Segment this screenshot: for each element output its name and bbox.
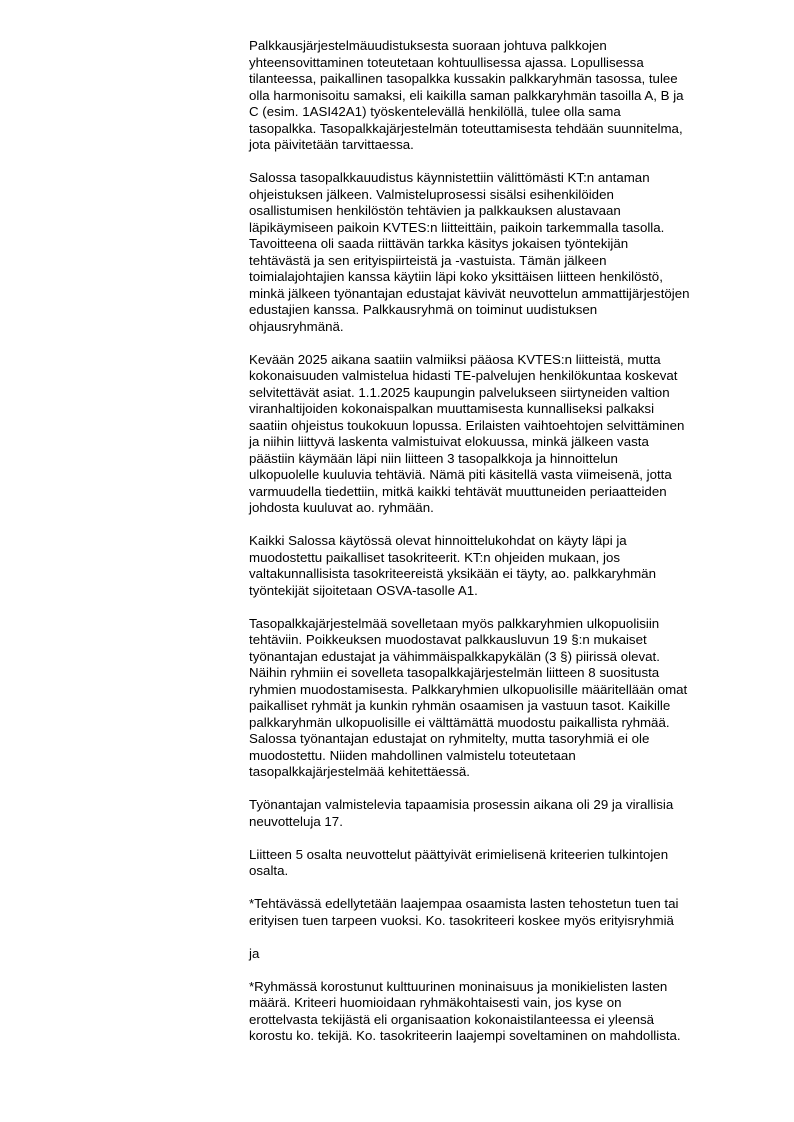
text-line: tilanteessa, paikallinen tasopalkka kuss… — [249, 71, 769, 88]
paragraph-liite5: Liitteen 5 osalta neuvottelut päättyivät… — [249, 847, 769, 880]
text-line: Salossa työnantajan edustajat on ryhmite… — [249, 731, 769, 748]
text-line: ohjausryhmänä. — [249, 319, 769, 336]
text-line: Tavoitteena oli saada riittävän tarkka k… — [249, 236, 769, 253]
text-line: yhteensovittaminen toteutetaan kohtuulli… — [249, 55, 769, 72]
text-line: minkä jälkeen työnantajan edustajat kävi… — [249, 286, 769, 303]
text-line: kokonaisuuden valmistelua hidasti TE-pal… — [249, 368, 769, 385]
text-line: Kevään 2025 aikana saatiin valmiiksi pää… — [249, 352, 769, 369]
text-line: edustajien kanssa. Palkkausryhmä on toim… — [249, 302, 769, 319]
paragraph-tapaamiset: Työnantajan valmistelevia tapaamisia pro… — [249, 797, 769, 830]
text-line: Palkkausjärjestelmäuudistuksesta suoraan… — [249, 38, 769, 55]
text-line: ulkopuolelle kuuluvia tehtäviä. Nämä pit… — [249, 467, 769, 484]
text-line: määrä. Kriteeri huomioidaan ryhmäkohtais… — [249, 995, 769, 1012]
text-line: Tasopalkkajärjestelmää sovelletaan myös … — [249, 616, 769, 633]
text-line: paikalliset ryhmät ja kunkin ryhmän osaa… — [249, 698, 769, 715]
text-line: C (esim. 1ASI42A1) työskentelevällä henk… — [249, 104, 769, 121]
text-line: tehtäviin. Poikkeuksen muodostavat palkk… — [249, 632, 769, 649]
text-line: päästiin käymään läpi niin liitteen 3 ta… — [249, 451, 769, 468]
text-line: ryhmien muodostamisesta. Palkkaryhmien u… — [249, 682, 769, 699]
paragraph-ja: ja — [249, 946, 769, 963]
paragraph-kriteeri-monikielisyys: *Ryhmässä korostunut kulttuurinen monina… — [249, 979, 769, 1045]
text-line: työntekijät sijoitetaan OSVA-tasolle A1. — [249, 583, 769, 600]
text-line: Työnantajan valmistelevia tapaamisia pro… — [249, 797, 769, 814]
text-line: työnantajan edustajat ja vähimmäispalkka… — [249, 649, 769, 666]
text-line: muodostettu paikalliset tasokriteerit. K… — [249, 550, 769, 567]
paragraph-hinnoittelukohdat: Kaikki Salossa käytössä olevat hinnoitte… — [249, 533, 769, 599]
text-line: tasopalkka. Tasopalkkajärjestelmän toteu… — [249, 121, 769, 138]
text-line: palkkaryhmän ulkopuolisille ei välttämät… — [249, 715, 769, 732]
text-line: neuvotteluja 17. — [249, 814, 769, 831]
text-line: tehtävästä ja sen erityispiirteistä ja -… — [249, 253, 769, 270]
text-line: *Tehtävässä edellytetään laajempaa osaam… — [249, 896, 769, 913]
text-line: Näihin ryhmiin ei sovelleta tasopalkkajä… — [249, 665, 769, 682]
text-line: muodostettu. Niiden mahdollinen valmiste… — [249, 748, 769, 765]
text-line: saatiin ohjeistus toukokuun lopussa. Eri… — [249, 418, 769, 435]
paragraph-harmonisointi: Palkkausjärjestelmäuudistuksesta suoraan… — [249, 38, 769, 154]
text-line: jota päivitetään tarvittaessa. — [249, 137, 769, 154]
text-line: *Ryhmässä korostunut kulttuurinen monina… — [249, 979, 769, 996]
text-line: ja — [249, 946, 769, 963]
text-line: tasopalkkajärjestelmää kehitettäessä. — [249, 764, 769, 781]
text-line: erottelvasta tekijästä eli organisaation… — [249, 1012, 769, 1029]
text-line: Salossa tasopalkkauudistus käynnistettii… — [249, 170, 769, 187]
text-line: Kaikki Salossa käytössä olevat hinnoitte… — [249, 533, 769, 550]
text-line: valtakunnallisista tasokriteereistä yksi… — [249, 566, 769, 583]
text-line: ja niihin liittyvä laskenta valmistuivat… — [249, 434, 769, 451]
paragraph-kriteeri-tuki: *Tehtävässä edellytetään laajempaa osaam… — [249, 896, 769, 929]
text-line: varmuudella tiedettiin, mitkä kaikki teh… — [249, 484, 769, 501]
document-page: Palkkausjärjestelmäuudistuksesta suoraan… — [249, 38, 769, 1061]
text-line: osalta. — [249, 863, 769, 880]
text-line: osallistumisen henkilöstön tehtävien ja … — [249, 203, 769, 220]
paragraph-ulkopuoliset: Tasopalkkajärjestelmää sovelletaan myös … — [249, 616, 769, 781]
text-line: johdosta kuuluvat ao. ryhmään. — [249, 500, 769, 517]
text-line: toimialajohtajien kanssa käytiin läpi ko… — [249, 269, 769, 286]
text-line: olla harmonisoitu samaksi, eli kaikilla … — [249, 88, 769, 105]
text-line: korostu ko. tekijä. Ko. tasokriteerin la… — [249, 1028, 769, 1045]
paragraph-aikataulu: Kevään 2025 aikana saatiin valmiiksi pää… — [249, 352, 769, 517]
text-line: viranhaltijoiden kokonaispalkan muuttami… — [249, 401, 769, 418]
text-line: selvitettävät asiat. 1.1.2025 kaupungin … — [249, 385, 769, 402]
text-line: läpikäymiseen paikoin KVTES:n liitteittä… — [249, 220, 769, 237]
text-line: Liitteen 5 osalta neuvottelut päättyivät… — [249, 847, 769, 864]
text-line: ohjeistuksen jälkeen. Valmisteluprosessi… — [249, 187, 769, 204]
text-line: erityisen tuen tarpeen vuoksi. Ko. tasok… — [249, 913, 769, 930]
paragraph-kaynnistys: Salossa tasopalkkauudistus käynnistettii… — [249, 170, 769, 335]
